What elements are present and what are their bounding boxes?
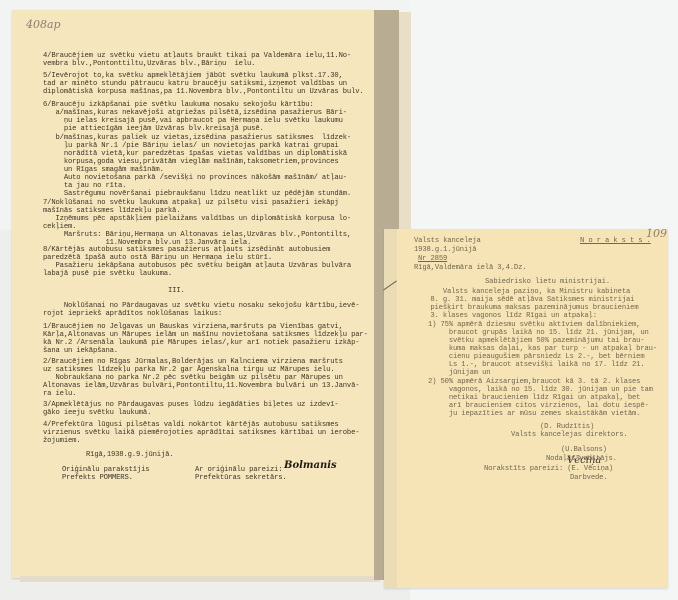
section-item-2: 2/Braucējiem no Rīgas Jūrmalas,Bolderāja… — [43, 358, 359, 398]
sender-line-2: 1938.g.1.jūnijā — [414, 246, 476, 254]
section-item-3: 3/Apmeklētājus no Pārdaugavas puses lūdz… — [43, 401, 339, 417]
paragraph-4: 4/Braucējiem uz svētku vietu atļauts bra… — [43, 52, 351, 68]
signature-certified-label: Ar oriģinālu pareizi: — [195, 466, 282, 474]
head-name: (U.Balsons) — [561, 446, 607, 454]
archive-mark: 408ap — [26, 18, 61, 31]
sender-address: Rīgā,Valdemāra ielā 3,4.Dz. — [414, 264, 526, 272]
body-item-1: 1) 75% apmērā dziesmu svētku aktīviem da… — [428, 321, 657, 377]
section-intro: Noklūšanai no Pārdaugavas uz svētku viet… — [43, 302, 359, 318]
document-type: N o r a k s t s . — [580, 237, 651, 245]
body-item-2: 2) 50% apmērā Aizsargiem,braucot kā 3. t… — [428, 378, 653, 418]
paragraph-6b: b/mašīnas,kuras paliek uz vietas,izsēdin… — [43, 134, 351, 198]
body-intro: Valsts kanceleja paziņo, ka Ministru kab… — [422, 288, 639, 320]
copy-role: Darbvede. — [570, 474, 607, 482]
right-document-page: 109 Valsts kanceleja 1938.g.1.jūnijā Nr … — [384, 229, 668, 588]
underlying-page-edge — [20, 576, 380, 582]
section-heading: III. — [168, 287, 185, 295]
paragraph-8: 8/Kārtējās autobusu satiksmes pasažierus… — [43, 246, 351, 278]
document-number: Nr 2859 — [418, 255, 447, 263]
recipient: Sabiedrisko lietu ministrijai. — [485, 278, 610, 286]
left-document-page: 408ap 4/Braucējiem uz svētku vietu atļau… — [12, 10, 374, 578]
paragraph-6: 6/Braucēju izkāpšanai pie svētku laukuma… — [43, 101, 347, 133]
paragraph-7: 7/Noklūšanai no svētku laukuma atpakaļ u… — [43, 199, 351, 247]
place-date: Rīgā,1938.g.9.jūnijā. — [86, 451, 173, 459]
handwritten-signature-left: Bolmanis — [284, 460, 337, 471]
copy-certified: Norakstīts pareizi: (E. Vēciņa) — [484, 465, 613, 473]
signature-secretary: Prefektūras sekretārs. — [195, 474, 287, 482]
section-item-4: 4/Prefektūra lūgusi pilsētas valdi nokār… — [43, 421, 359, 445]
sender-line-1: Valsts kanceleja — [414, 237, 481, 245]
signature-prefect: Prefekts POMMERS. — [62, 474, 133, 482]
director-name: (D. Rudzītis) — [540, 423, 594, 431]
paragraph-5: 5/Ievērojot to,ka svētku apmeklētājiem j… — [43, 72, 364, 96]
director-title: Valsts kancelejas direktors. — [511, 431, 628, 439]
signature-original-label: Oriģinālu parakstījis — [62, 466, 149, 474]
section-item-1: 1/Braucējiem no Jelgavas un Bauskas virz… — [43, 323, 368, 355]
